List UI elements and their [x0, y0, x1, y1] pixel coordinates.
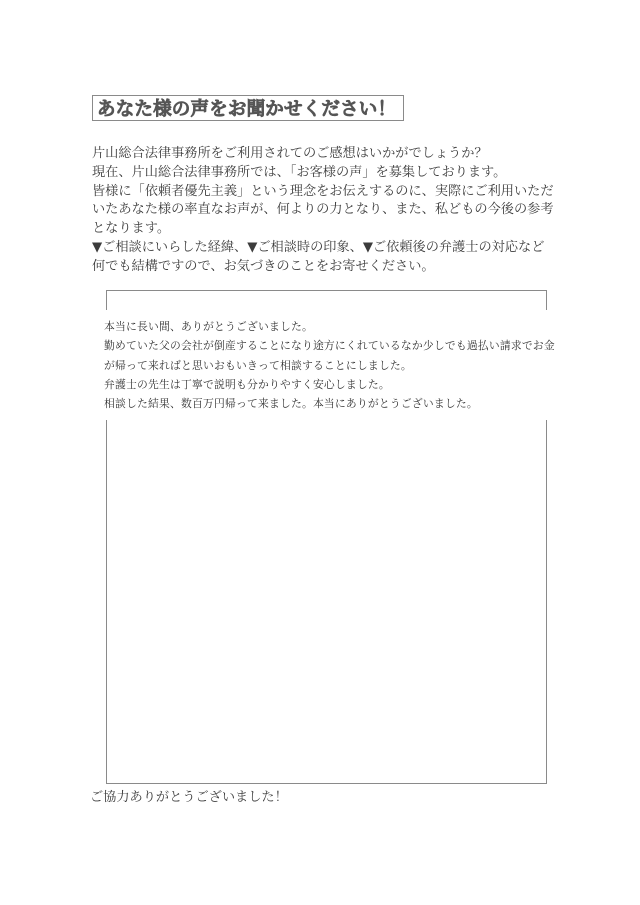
customer-comment: 本当に長い間、ありがとうございました。 勤めていた父の会社が倒産することになり途…: [104, 317, 564, 413]
box-border-right: [546, 420, 547, 784]
box-border-left: [106, 420, 107, 784]
box-border-bottom: [106, 783, 547, 784]
intro-line: となります。: [92, 220, 562, 239]
comment-line: が帰って来ればと思いおもいきって相談することにしました。: [104, 356, 564, 375]
title-box: あなた様の声をお聞かせください！: [92, 95, 404, 121]
intro-line: 皆様に「依頼者優先主義」という理念をお伝えするのに、実際にご利用いただ: [92, 183, 562, 202]
comment-line: 相談した結果、数百万円帰って来ました。本当にありがとうございました。: [104, 394, 564, 413]
box-border-left: [106, 290, 107, 310]
intro-line: 現在、片山総合法律事務所では、「お客様の声」を募集しております。: [92, 164, 562, 183]
intro-line: いたあなた様の率直なお声が、何よりの力となり、また、私どもの今後の参考: [92, 201, 562, 220]
intro-line: 何でも結構ですので、お気づきのことをお寄せください。: [92, 258, 562, 277]
page-title: あなた様の声をお聞かせください！: [97, 95, 396, 121]
comment-line: 勤めていた父の会社が倒産することになり途方にくれているなか少しでも過払い請求でお…: [104, 336, 564, 355]
intro-line: ▼ご相談にいらした経緯、▼ご相談時の印象、▼ご依頼後の弁護士の対応など: [92, 239, 562, 258]
comment-line: 弁護士の先生は丁寧で説明も分かりやすく安心しました。: [104, 375, 564, 394]
comment-line: 本当に長い間、ありがとうございました。: [104, 317, 564, 336]
intro-line: 片山総合法律事務所をご利用されてのご感想はいかがでしょうか？: [92, 145, 562, 164]
intro-text: 片山総合法律事務所をご利用されてのご感想はいかがでしょうか？ 現在、片山総合法律…: [92, 145, 562, 277]
box-border-top: [106, 290, 547, 291]
closing-text: ご協力ありがとうございました！: [90, 786, 288, 805]
box-border-right: [546, 290, 547, 310]
